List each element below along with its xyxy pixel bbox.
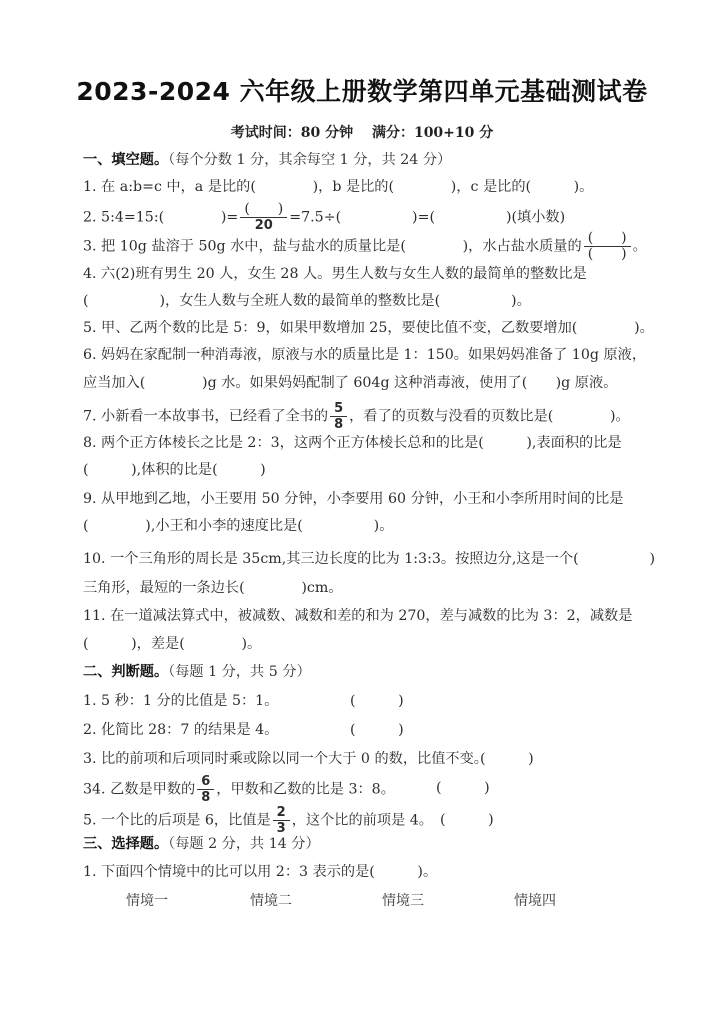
question-2-5: 5. 一个比的后项是 6，比值是23，这个比的前项是 4。 (83, 806, 433, 835)
question-1-8-line-2: ( ),体积的比是( ) (83, 460, 266, 480)
question-1-8-line-1: 8. 两个正方体棱长之比是 2：3，这两个正方体棱长总和的比是( ),表面积的比… (83, 433, 622, 453)
question-2-4: 34. 乙数是甲数的68，甲数和乙数的比是 3：8。 (83, 775, 395, 804)
fraction-numerator: ( ) (584, 232, 631, 247)
question-1-11-line-1: 11. 在一道减法算式中，被减数、减数和差的和为 270，差与减数的比为 3：2… (83, 606, 632, 626)
question-1-9-line-2: ( ),小王和小李的速度比是( )。 (83, 516, 393, 536)
question-2-2: 2. 化简比 28：7 的结果是 4。 (83, 720, 278, 740)
section-heading: 三、选择题。 (83, 836, 168, 852)
scenario-label: 情境一 (126, 890, 168, 910)
fraction: ( )( ) (584, 232, 631, 261)
answer-paren[interactable]: ( ) (350, 691, 404, 711)
fraction-denominator: 20 (255, 218, 273, 232)
fraction-numerator: ( ) (240, 203, 287, 218)
question-text: ，看了的页数与没看的页数比是( )。 (349, 409, 630, 425)
question-text: 7. 小新看一本故事书，已经看了全书的 (83, 409, 328, 425)
section-3-header: 三、选择题。（每题 2 分，共 14 分） (83, 834, 320, 854)
question-text: 3. 把 10g 盐溶于 50g 水中，盐与盐水的质量比是( )，水占盐水质量的 (83, 239, 582, 255)
scenario-label: 情境二 (250, 890, 292, 910)
question-1-2: 2. 5:4=15:( )=( )20=7.5÷( )=( )(填小数) (83, 203, 565, 232)
fraction-numerator: 6 (197, 775, 214, 790)
question-1-10-line-2: 三角形，最短的一条边长( )cm。 (83, 578, 342, 598)
fraction-numerator: 5 (330, 402, 347, 417)
section-heading: 一、填空题。 (83, 152, 168, 168)
question-text: 34. 乙数是甲数的 (83, 782, 195, 798)
question-1-1: 1. 在 a:b=c 中，a 是比的( )，b 是比的( )，c 是比的( )。 (83, 177, 593, 197)
question-1-3: 3. 把 10g 盐溶于 50g 水中，盐与盐水的质量比是( )，水占盐水质量的… (83, 232, 647, 261)
fraction: 58 (330, 402, 347, 431)
question-text: 5. 一个比的后项是 6，比值是 (83, 813, 271, 829)
question-text: ，这个比的前项是 4。 (292, 813, 433, 829)
question-text: 2. 5:4=15:( )= (83, 210, 238, 226)
question-text: ，甲数和乙数的比是 3：8。 (216, 782, 395, 798)
section-note: （每题 2 分，共 14 分） (168, 836, 320, 852)
question-3-1: 1. 下面四个情境中的比可以用 2：3 表示的是( )。 (83, 862, 437, 882)
question-2-3: 3. 比的前项和后项同时乘或除以同一个大于 0 的数，比值不变。 (83, 749, 488, 769)
question-1-7: 7. 小新看一本故事书，已经看了全书的58，看了的页数与没看的页数比是( )。 (83, 402, 630, 431)
question-1-6-line-1: 6. 妈妈在家配制一种消毒液，原液与水的质量比是 1：150。如果妈妈准备了 1… (83, 345, 646, 365)
section-2-header: 二、判断题。（每题 1 分，共 5 分） (83, 662, 311, 682)
exam-title: 2023-2024 六年级上册数学第四单元基础测试卷 (0, 72, 724, 108)
section-note: （每个分数 1 分，其余每空 1 分，共 24 分） (168, 152, 451, 168)
fraction-denominator: 8 (334, 417, 343, 431)
answer-paren[interactable]: ( ) (350, 720, 404, 740)
question-text: =7.5÷( )=( )(填小数) (289, 210, 565, 226)
answer-paren[interactable]: ( ) (436, 778, 490, 798)
section-1-header: 一、填空题。（每个分数 1 分，其余每空 1 分，共 24 分） (83, 150, 451, 170)
section-note: （每题 1 分，共 5 分） (168, 664, 311, 680)
fraction: 68 (197, 775, 214, 804)
question-1-9-line-1: 9. 从甲地到乙地，小王要用 50 分钟，小李要用 60 分钟，小王和小李所用时… (83, 489, 623, 509)
answer-paren[interactable]: ( ) (480, 749, 534, 769)
fraction-denominator: 8 (201, 790, 210, 804)
fraction: ( )20 (240, 203, 287, 232)
question-1-6-line-2: 应当加入( )g 水。如果妈妈配制了 604g 这种消毒液，使用了( )g 原液… (83, 373, 617, 393)
question-text: 。 (633, 239, 647, 255)
fraction-denominator: ( ) (588, 247, 627, 261)
section-heading: 二、判断题。 (83, 664, 168, 680)
exam-info: 考试时间：80 分钟 满分：100+10 分 (0, 122, 724, 142)
fraction-numerator: 2 (273, 806, 290, 821)
question-2-1: 1. 5 秒：1 分的比值是 5：1。 (83, 691, 278, 711)
question-1-11-line-2: ( )，差是( )。 (83, 634, 261, 654)
question-1-10-line-1: 10. 一个三角形的周长是 35cm,其三边长度的比为 1:3:3。按照边分,这… (83, 549, 655, 569)
scenario-label: 情境四 (514, 890, 556, 910)
answer-paren[interactable]: ( ) (440, 810, 494, 830)
question-1-4-line-2: ( )，女生人数与全班人数的最简单的整数比是( )。 (83, 291, 531, 311)
fraction: 23 (273, 806, 290, 835)
fraction-denominator: 3 (277, 821, 286, 835)
question-1-5: 5. 甲、乙两个数的比是 5：9，如果甲数增加 25，要使比值不变，乙数要增加(… (83, 318, 654, 338)
question-1-4-line-1: 4. 六(2)班有男生 20 人，女生 28 人。男生人数与女生人数的最简单的整… (83, 264, 587, 284)
scenario-label: 情境三 (382, 890, 424, 910)
